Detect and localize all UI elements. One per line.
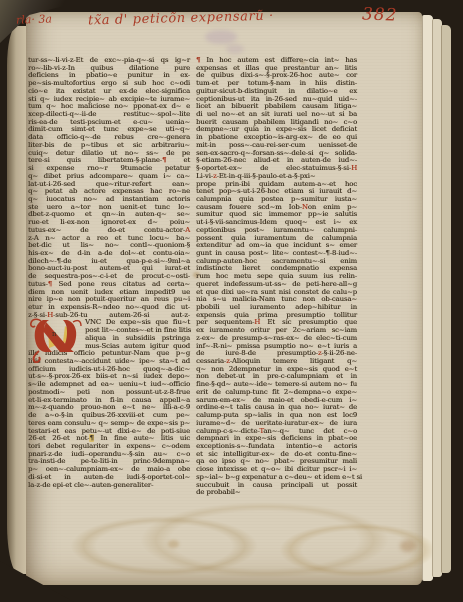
ink-smudge: [205, 30, 237, 44]
guide-letter: n: [52, 330, 57, 338]
previous-page-edge: [7, 26, 27, 574]
header-annotation: rla· 3a: [16, 12, 52, 26]
book-photo: rla· 3a tx̃a d' peticõn expensarũ · 382 …: [0, 0, 463, 602]
text-column-left: tur-ss~-li-vi-z-Et de exc~-pia-q~-si qs …: [28, 57, 190, 489]
text-column-right: ¶ In hoc autem est differe~cia int~ hase…: [196, 57, 357, 497]
text-line: de probabil~: [196, 489, 357, 497]
fore-edge-page-stack: [441, 25, 451, 573]
text-line: la-z-de epi-et cle~-auten-generaliter-: [28, 482, 190, 490]
illuminated-initial-N: n: [29, 318, 82, 363]
ink-smudge: [226, 44, 244, 54]
folio-number: 382: [362, 4, 398, 25]
